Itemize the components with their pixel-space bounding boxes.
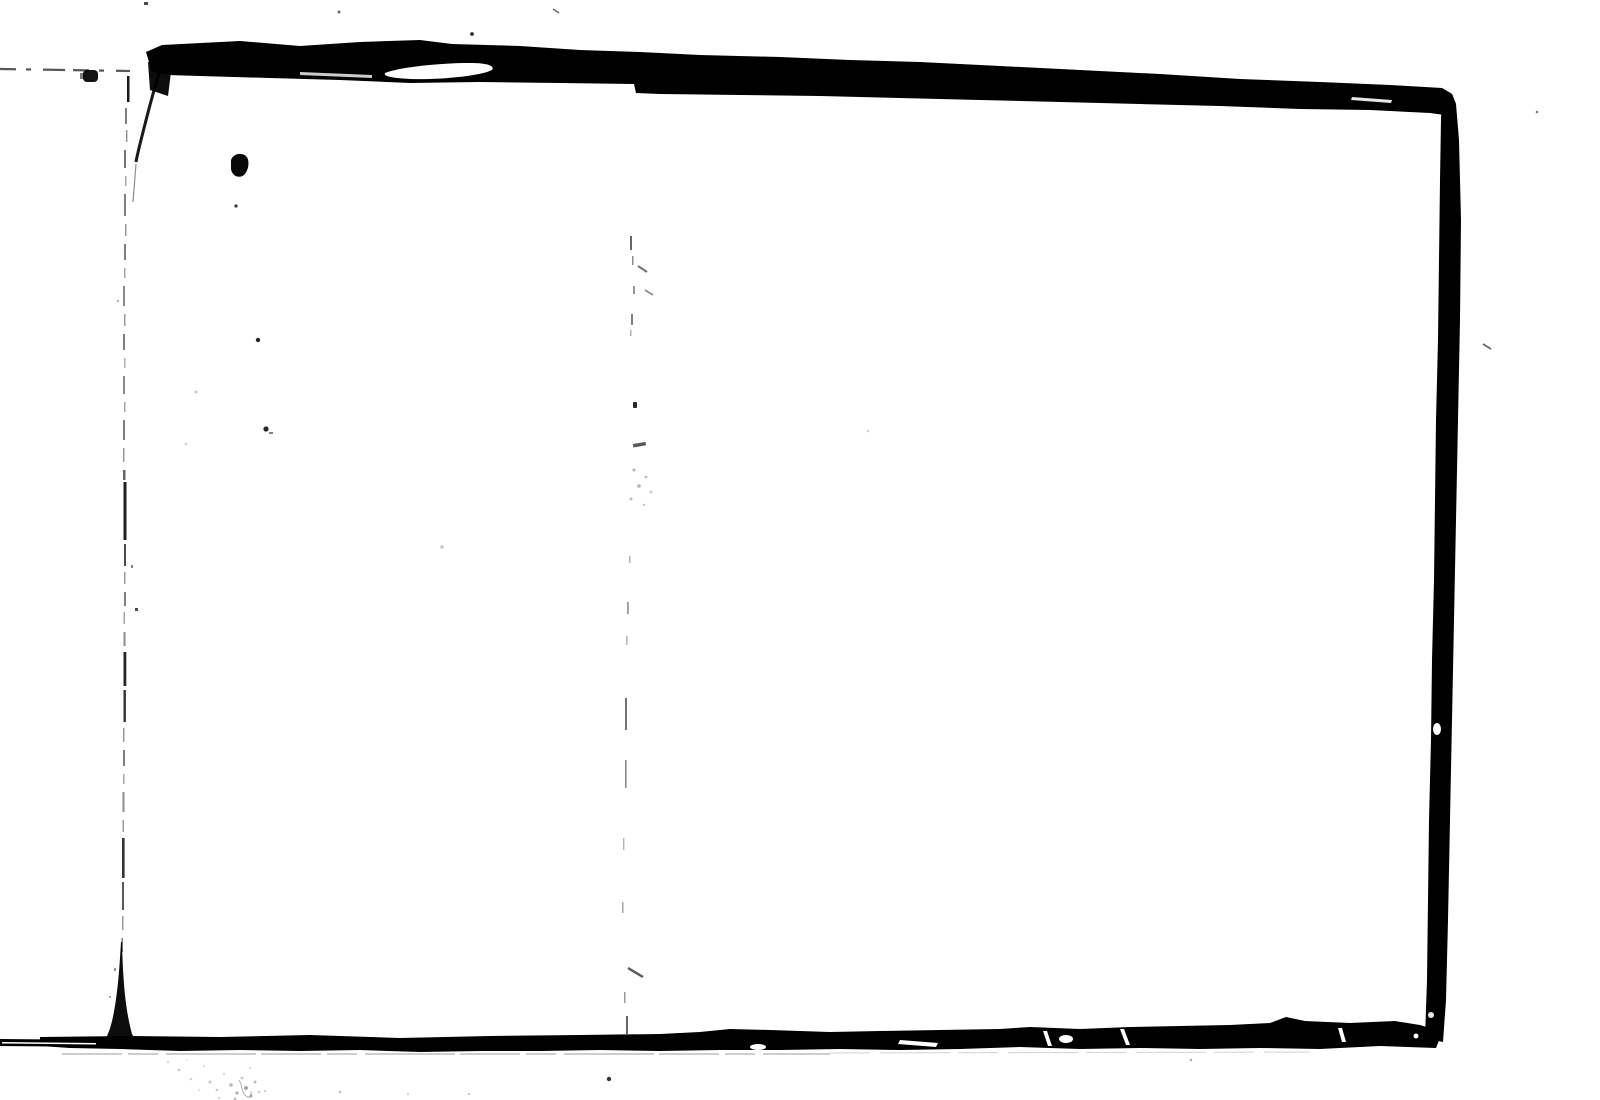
bottom-border-rule [0,1017,1440,1052]
bottom-rule-hairline [62,1052,1310,1054]
left-border-rule [102,76,138,1043]
top-border-rule [146,40,1456,116]
right-border-rule [1425,88,1461,1042]
scan-artifacts-svg [0,0,1600,1100]
scanned-blank-page [0,0,1600,1100]
ink-blot [231,154,248,177]
top-left-margin-dashes [0,69,130,82]
bottom-left-dust-cluster [167,1059,267,1100]
center-fold-specks [622,236,653,1034]
dust-specks [144,2,1538,1095]
center-fold-ticks [628,266,653,977]
